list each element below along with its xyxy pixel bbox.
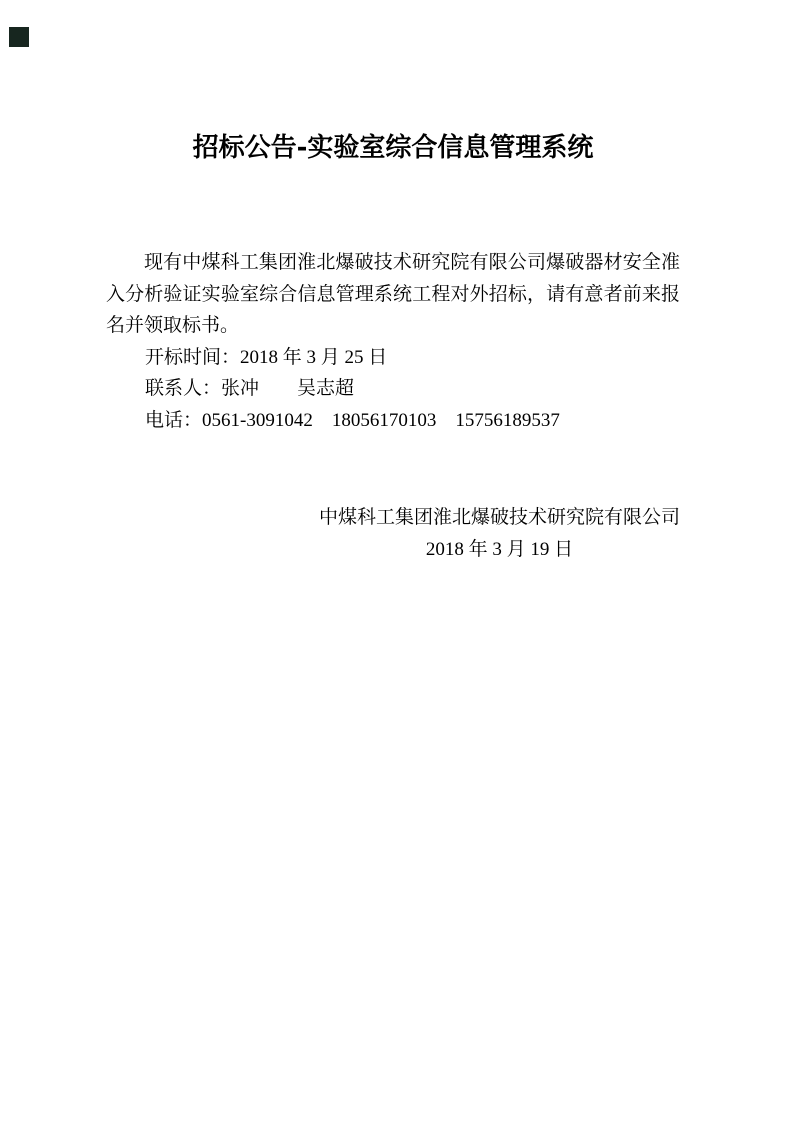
signature-company: 中煤科工集团淮北爆破技术研究院有限公司 (319, 502, 680, 534)
phones-line: 电话：0561-3091042 18056170103 15756189537 (106, 405, 680, 437)
signature-date: 2018 年 3 月 19 日 (319, 534, 680, 566)
document-title: 招标公告-实验室综合信息管理系统 (106, 130, 680, 166)
corner-artifact-square (9, 27, 29, 47)
signature-block: 中煤科工集团淮北爆破技术研究院有限公司 2018 年 3 月 19 日 (319, 502, 680, 565)
bid-open-time-line: 开标时间：2018 年 3 月 25 日 (106, 342, 680, 374)
document-page: 招标公告-实验室综合信息管理系统 现有中煤科工集团淮北爆破技术研究院有限公司爆破… (0, 0, 793, 1122)
announcement-paragraph: 现有中煤科工集团淮北爆破技术研究院有限公司爆破器材安全准入分析验证实验室综合信息… (106, 247, 680, 342)
contacts-line: 联系人：张冲 吴志超 (106, 373, 680, 405)
